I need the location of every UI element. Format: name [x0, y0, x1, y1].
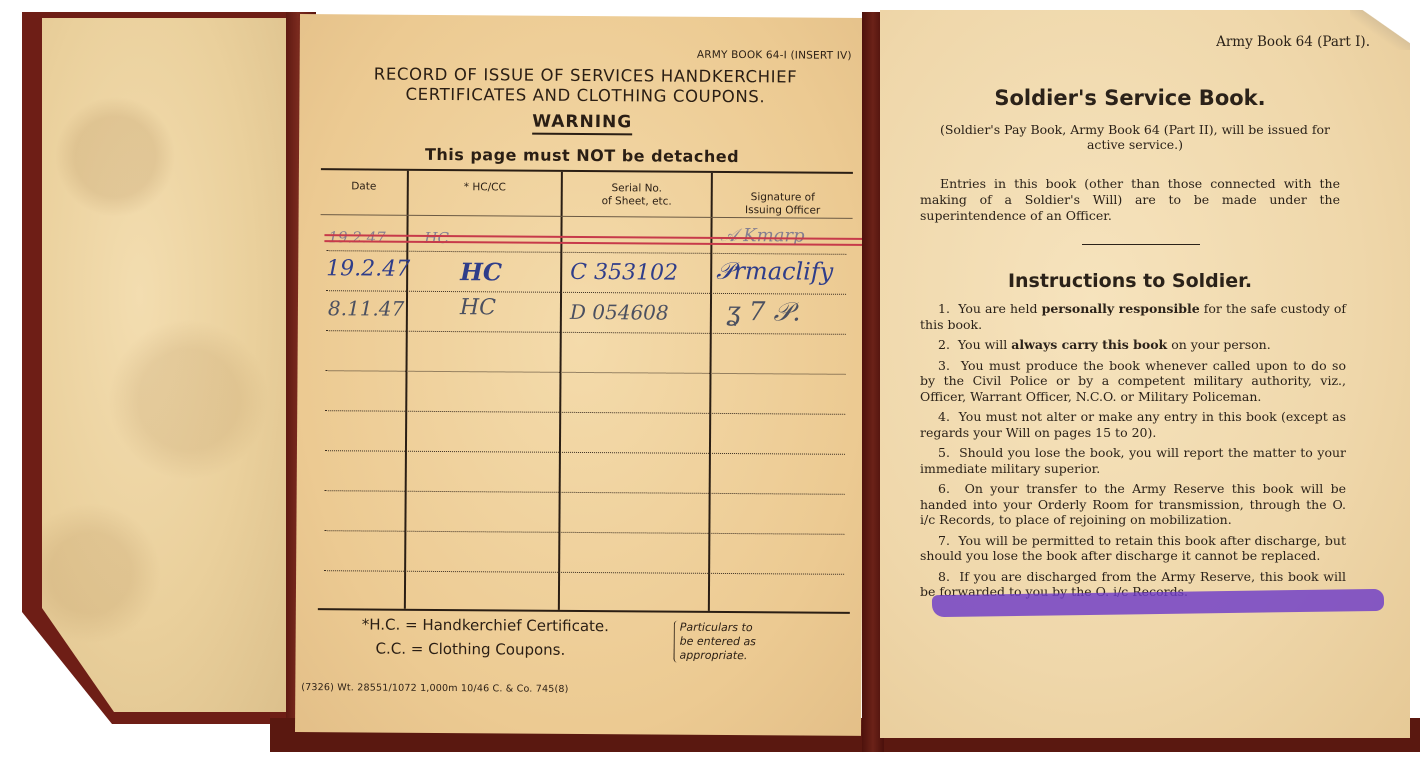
section-divider [1082, 244, 1200, 245]
header-hc-cc: * HC/CC [409, 181, 561, 195]
insert-form-code: ARMY BOOK 64-I (INSERT IV) [697, 49, 852, 62]
row-line [326, 370, 846, 375]
instructions-list: 1. You are held personally responsible f… [920, 301, 1346, 605]
insert-title: RECORD OF ISSUE OF SERVICES HANDKERCHIEF… [335, 64, 835, 107]
row-line [326, 330, 846, 335]
instruction-item: 4. You must not alter or make any entry … [920, 409, 1346, 440]
row-line [325, 450, 845, 455]
instruction-item: 1. You are held personally responsible f… [920, 301, 1346, 332]
warning-heading: WARNING [299, 110, 865, 134]
footnote-hc: *H.C. = Handkerchief Certificate. [362, 612, 609, 638]
instruction-item: 7. You will be permitted to retain this … [920, 533, 1346, 564]
right-page: Army Book 64 (Part I). Soldier's Service… [880, 10, 1410, 738]
signature-scribble: ʓ 7 𝒫. [726, 297, 801, 329]
pay-book-note: (Soldier's Pay Book, Army Book 64 (Part … [930, 122, 1340, 152]
header-date: Date [321, 180, 407, 194]
row-line [324, 530, 844, 535]
instruction-item: 2. You will always carry this book on yo… [920, 337, 1346, 353]
footnote-cc: C.C. = Clothing Coupons. [361, 636, 608, 662]
table-row-struck: 19.2.47 HC 𝒜 Kmarp [324, 228, 854, 252]
header-serial: Serial No. of Sheet, etc. [563, 182, 711, 209]
service-book-title: Soldier's Service Book. [880, 86, 1380, 110]
instruction-item: 3. You must produce the book whenever ca… [920, 358, 1346, 405]
row-line [325, 490, 845, 495]
table-row: 19.2.47 HC C 353102 𝒫rmaclify [321, 170, 853, 174]
insert-title-line2: CERTIFICATES AND CLOTHING COUPONS. [335, 84, 835, 107]
detach-notice: This page must NOT be detached [299, 144, 865, 167]
instruction-item: 5. Should you lose the book, you will re… [920, 445, 1346, 476]
insert-page: ARMY BOOK 64-I (INSERT IV) RECORD OF ISS… [295, 14, 866, 736]
row-line [324, 570, 844, 575]
footnote-legend: *H.C. = Handkerchief Certificate. C.C. =… [361, 612, 609, 662]
row-line [325, 410, 845, 415]
particulars-note: Particulars to be entered as appropriate… [673, 621, 756, 664]
left-cover-endpaper [42, 18, 286, 712]
right-form-code: Army Book 64 (Part I). [1216, 34, 1370, 50]
header-signature: Signature of Issuing Officer [713, 191, 853, 218]
instructions-title: Instructions to Soldier. [880, 270, 1380, 292]
issue-record-table: Date * HC/CC Serial No. of Sheet, etc. S… [318, 168, 853, 614]
table-row: 8.11.47 HC D 054608 ʓ 7 𝒫. [321, 170, 853, 174]
entries-note: Entries in this book (other than those c… [920, 176, 1340, 224]
printer-code: (7326) Wt. 28551/1072 1,000m 10/46 C. & … [301, 682, 568, 695]
instruction-item: 6. On your transfer to the Army Reserve … [920, 481, 1346, 528]
signature-scribble: 𝒫rmaclify [716, 257, 833, 286]
row-line [326, 290, 846, 295]
